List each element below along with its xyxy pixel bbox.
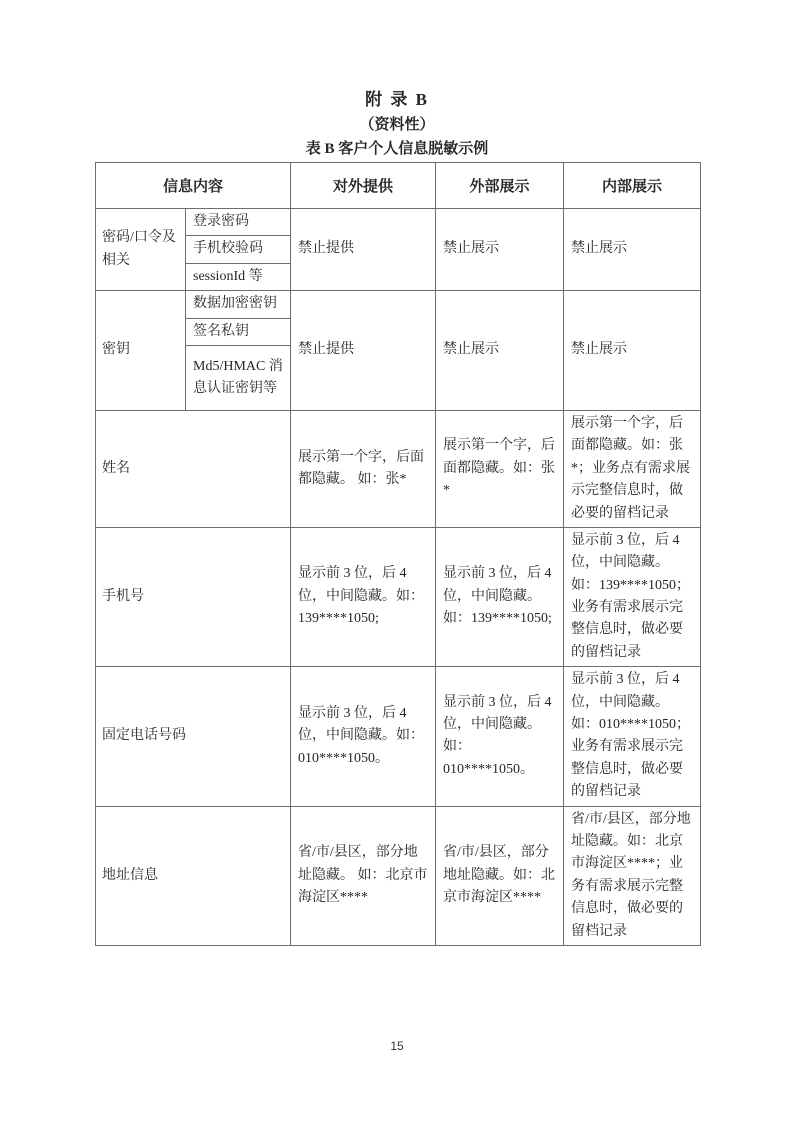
cell-mobile-external: 显示前 3 位，后 4 位，中间隐藏。如：139****1050; <box>436 527 564 666</box>
cell-password-category: 密码/口令及相关 <box>96 209 186 291</box>
table-row-landline: 固定电话号码 显示前 3 位，后 4 位，中间隐藏。如：010****1050。… <box>96 667 701 806</box>
appendix-title-block: 附 录 B （资料性） 表 B 客户个人信息脱敏示例 <box>0 87 794 161</box>
cell-password-item-login: 登录密码 <box>186 209 291 236</box>
cell-mobile-internal: 显示前 3 位，后 4 位，中间隐藏。 如：139****1050；业务有需求展… <box>564 527 701 666</box>
desensitization-table: 信息内容 对外提供 外部展示 内部展示 密码/口令及相关 登录密码 禁止提供 禁… <box>95 162 701 946</box>
table-row-name: 姓名 展示第一个字，后面都隐藏。 如：张* 展示第一个字，后面都隐藏。如：张* … <box>96 410 701 527</box>
cell-name-provide: 展示第一个字，后面都隐藏。 如：张* <box>291 410 436 527</box>
cell-password-item-sessionid: sessionId 等 <box>186 263 291 290</box>
page-number: 15 <box>0 1039 794 1053</box>
cell-password-internal: 禁止展示 <box>564 209 701 291</box>
cell-landline-category: 固定电话号码 <box>96 667 291 806</box>
cell-address-external: 省/市/县区，部分地址隐藏。如：北京市海淀区**** <box>436 806 564 945</box>
cell-key-category: 密钥 <box>96 291 186 411</box>
cell-address-internal: 省/市/县区，部分地址隐藏。如：北京市海淀区****；业务有需求展示完整信息时，… <box>564 806 701 945</box>
table-row-address: 地址信息 省/市/县区，部分地址隐藏。 如：北京市海淀区**** 省/市/县区，… <box>96 806 701 945</box>
table-row-mobile: 手机号 显示前 3 位，后 4 位，中间隐藏。如：139****1050; 显示… <box>96 527 701 666</box>
cell-key-external: 禁止展示 <box>436 291 564 411</box>
cell-address-provide: 省/市/县区，部分地址隐藏。 如：北京市海淀区**** <box>291 806 436 945</box>
cell-key-internal: 禁止展示 <box>564 291 701 411</box>
appendix-type-label: （资料性） <box>0 113 794 137</box>
cell-landline-internal: 显示前 3 位，后 4 位，中间隐藏。 如：010****1050；业务有需求展… <box>564 667 701 806</box>
cell-address-category: 地址信息 <box>96 806 291 945</box>
table-row-password: 密码/口令及相关 登录密码 禁止提供 禁止展示 禁止展示 <box>96 209 701 236</box>
cell-key-item-hmac: Md5/HMAC 消息认证密钥等 <box>186 345 291 410</box>
cell-landline-external: 显示前 3 位，后 4 位，中间隐藏。如：010****1050。 <box>436 667 564 806</box>
cell-key-item-signature: 签名私钥 <box>186 318 291 345</box>
document-page: 附 录 B （资料性） 表 B 客户个人信息脱敏示例 信息内容 对外提供 外部展… <box>0 0 794 1123</box>
header-external-provision: 对外提供 <box>291 163 436 209</box>
cell-mobile-provide: 显示前 3 位，后 4 位，中间隐藏。如：139****1050; <box>291 527 436 666</box>
cell-name-external: 展示第一个字，后面都隐藏。如：张* <box>436 410 564 527</box>
cell-name-category: 姓名 <box>96 410 291 527</box>
cell-password-provide: 禁止提供 <box>291 209 436 291</box>
header-external-display: 外部展示 <box>436 163 564 209</box>
cell-password-item-smscode: 手机校验码 <box>186 236 291 263</box>
table-header-row: 信息内容 对外提供 外部展示 内部展示 <box>96 163 701 209</box>
table-row-key: 密钥 数据加密密钥 禁止提供 禁止展示 禁止展示 <box>96 291 701 318</box>
header-info-content: 信息内容 <box>96 163 291 209</box>
cell-name-internal: 展示第一个字，后面都隐藏。如：张*；业务点有需求展示完整信息时，做必要的留档记录 <box>564 410 701 527</box>
appendix-heading: 附 录 B <box>0 87 794 113</box>
cell-landline-provide: 显示前 3 位，后 4 位，中间隐藏。如：010****1050。 <box>291 667 436 806</box>
cell-key-item-encryption: 数据加密密钥 <box>186 291 291 318</box>
cell-key-provide: 禁止提供 <box>291 291 436 411</box>
cell-mobile-category: 手机号 <box>96 527 291 666</box>
cell-password-external: 禁止展示 <box>436 209 564 291</box>
table-caption: 表 B 客户个人信息脱敏示例 <box>0 137 794 161</box>
header-internal-display: 内部展示 <box>564 163 701 209</box>
